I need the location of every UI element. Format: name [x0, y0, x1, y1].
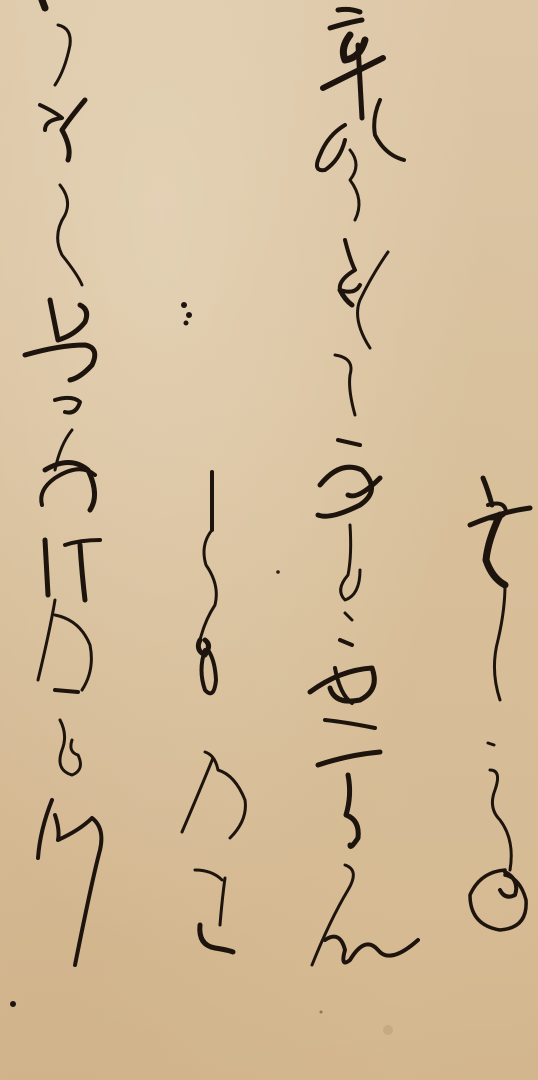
column-center-right: [310, 9, 418, 965]
column-left: [25, 0, 101, 965]
ink-strokes: [0, 0, 538, 1080]
column-center: [182, 472, 245, 952]
column-right: [470, 478, 530, 930]
calligraphy-paper: よしこゝろ 草ゆかしまつる思しのすゝむ しもの里 つきく思ひあけ行もなし: [0, 0, 538, 1080]
